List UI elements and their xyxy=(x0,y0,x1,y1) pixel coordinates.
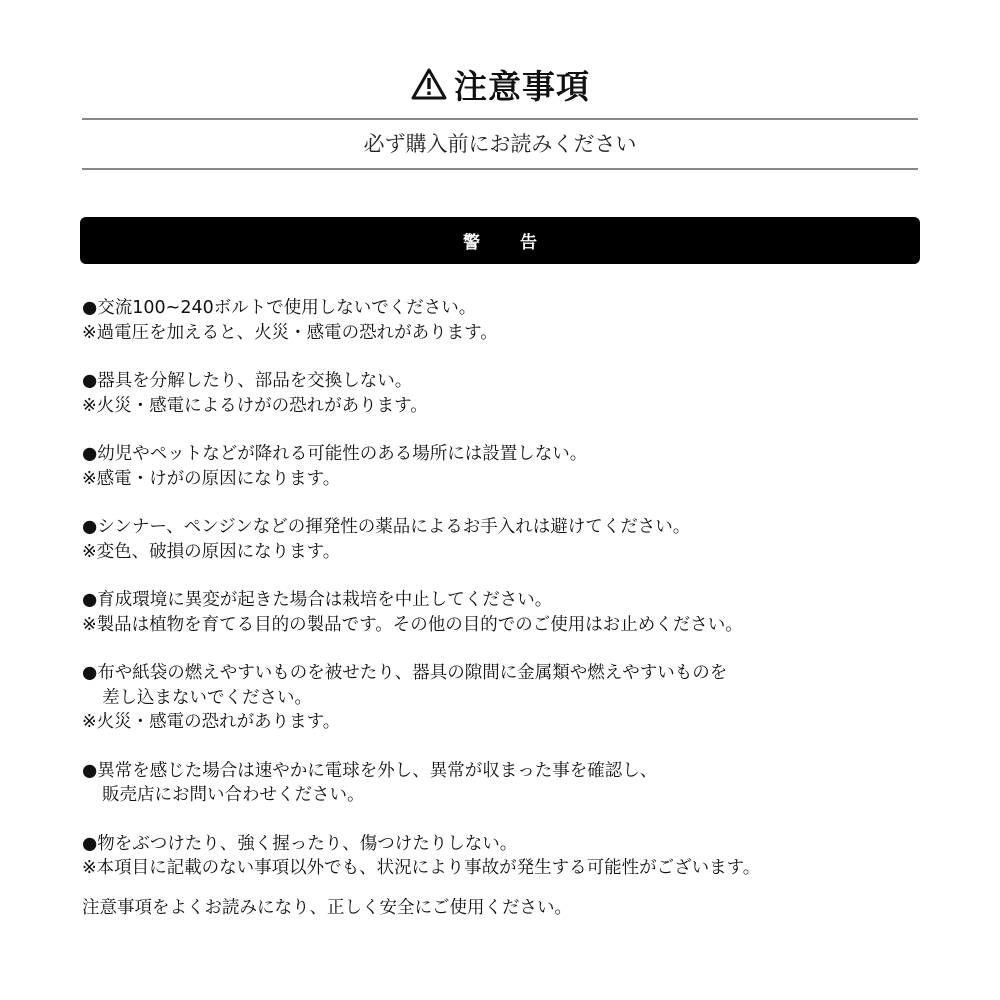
item-note: ※過電圧を加えると、火災・感電の恐れがあります。 xyxy=(82,321,942,346)
item-note: ※火災・感電によるけがの恐れがあります。 xyxy=(82,394,942,419)
closing-note: 注意事項をよくお読みになり、正しく安全にご使用ください。 xyxy=(82,896,572,920)
item-text-continued: 販売店にお問い合わせください。 xyxy=(82,783,942,808)
divider-top xyxy=(82,118,918,120)
item-text: ●育成環境に異変が起きた場合は栽培を中止してください。 xyxy=(82,588,942,613)
list-item: ●器具を分解したり、部品を交換しない。 ※火災・感電によるけがの恐れがあります。 xyxy=(82,369,942,418)
item-note: ※本項目に記載のない事項以外でも、状況により事故が発生する可能性がございます。 xyxy=(82,856,942,881)
list-item: ●幼児やペットなどが降れる可能性のある場所には設置しない。 ※感電・けがの原因に… xyxy=(82,442,942,491)
list-item: ●交流100~240ボルトで使用しないでください。 ※過電圧を加えると、火災・感… xyxy=(82,296,942,345)
item-text-continued: 差し込まないでください。 xyxy=(82,686,942,711)
page-title: 注意事項 xyxy=(0,60,1000,108)
list-item: ●物をぶつけたり、強く握ったり、傷つけたりしない。 ※本項目に記載のない事項以外… xyxy=(82,832,942,881)
item-text: ●布や紙袋の燃えやすいものを被せたり、器具の隙間に金属類や燃えやすいものを xyxy=(82,661,942,686)
item-text: ●異常を感じた場合は速やかに電球を外し、異常が収まった事を確認し、 xyxy=(82,759,942,784)
item-text: ●物をぶつけたり、強く握ったり、傷つけたりしない。 xyxy=(82,832,942,857)
warning-banner: 警告 xyxy=(80,217,920,264)
item-text: ●交流100~240ボルトで使用しないでください。 xyxy=(82,296,942,321)
item-text: ●幼児やペットなどが降れる可能性のある場所には設置しない。 xyxy=(82,442,942,467)
item-text: ●シンナー、ペンジンなどの揮発性の薬品によるお手入れは避けてください。 xyxy=(82,515,942,540)
item-text: ●器具を分解したり、部品を交換しない。 xyxy=(82,369,942,394)
list-item: ●育成環境に異変が起きた場合は栽培を中止してください。 ※製品は植物を育てる目的… xyxy=(82,588,942,637)
item-note: ※変色、破損の原因になります。 xyxy=(82,540,942,565)
warning-banner-label: 警告 xyxy=(463,228,577,253)
title-text: 注意事項 xyxy=(454,61,590,108)
item-note: ※感電・けがの原因になります。 xyxy=(82,467,942,492)
list-item: ●異常を感じた場合は速やかに電球を外し、異常が収まった事を確認し、 販売店にお問… xyxy=(82,759,942,808)
item-note: ※火災・感電の恐れがあります。 xyxy=(82,710,942,735)
item-note: ※製品は植物を育てる目的の製品です。その他の目的でのご使用はお止めください。 xyxy=(82,613,942,638)
warning-list: ●交流100~240ボルトで使用しないでください。 ※過電圧を加えると、火災・感… xyxy=(82,296,942,905)
warning-triangle-icon xyxy=(410,67,448,101)
list-item: ●シンナー、ペンジンなどの揮発性の薬品によるお手入れは避けてください。 ※変色、… xyxy=(82,515,942,564)
subtitle: 必ず購入前にお読みください xyxy=(0,126,1000,162)
divider-bottom xyxy=(82,168,918,170)
list-item: ●布や紙袋の燃えやすいものを被せたり、器具の隙間に金属類や燃えやすいものを 差し… xyxy=(82,661,942,735)
